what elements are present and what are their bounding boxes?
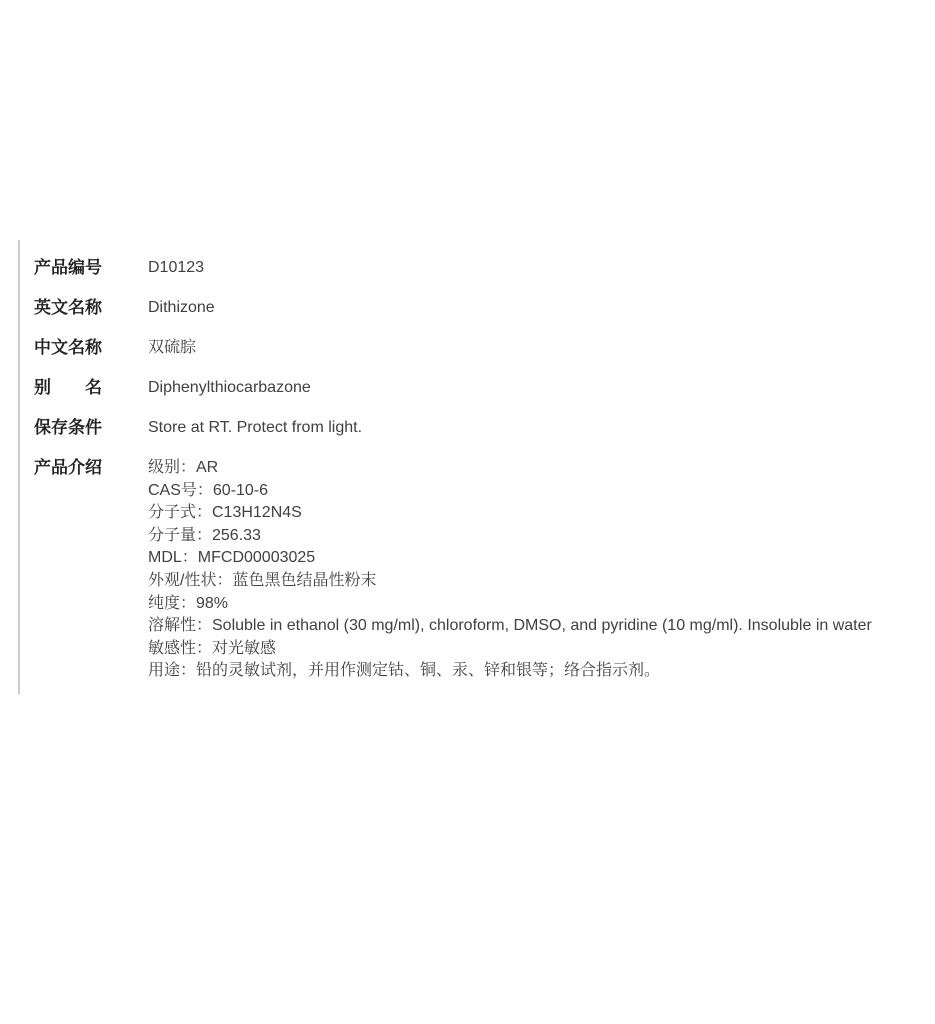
intro-line-appearance: 外观/性状：蓝色黑色结晶性粉末: [148, 570, 935, 593]
row-value-english-name: Dithizone: [148, 297, 935, 319]
row-value-product-code: D10123: [148, 257, 935, 279]
intro-line-molweight: 分子量：256.33: [148, 525, 935, 548]
row-value-storage: Store at RT. Protect from light.: [148, 417, 935, 439]
row-label-chinese-name: 中文名称: [34, 337, 102, 359]
row-value-alias: Diphenylthiocarbazone: [148, 377, 935, 399]
intro-line-solubility: 溶解性：Soluble in ethanol (30 mg/ml), chlor…: [148, 615, 935, 638]
intro-line-purity: 纯度：98%: [148, 593, 935, 616]
row-value-chinese-name: 双硫腙: [148, 337, 935, 359]
intro-line-formula: 分子式：C13H12N4S: [148, 502, 935, 525]
row-label-storage: 保存条件: [34, 417, 102, 439]
intro-lines: 级别：AR CAS号：60-10-6 分子式：C13H12N4S 分子量：256…: [148, 457, 935, 683]
intro-line-usage: 用途：铅的灵敏试剂，并用作测定钴、铜、汞、锌和银等；络合指示剂。: [148, 660, 935, 683]
row-label-intro: 产品介绍: [34, 457, 102, 479]
product-row-chinese-name: 中文名称 双硫腙: [34, 337, 935, 359]
intro-line-mdl: MDL：MFCD00003025: [148, 547, 935, 570]
product-row-code: 产品编号 D10123: [34, 257, 935, 279]
row-label-alias: 别 名: [34, 377, 102, 399]
intro-line-grade: 级别：AR: [148, 457, 935, 480]
row-label-english-name: 英文名称: [34, 297, 102, 319]
product-row-storage: 保存条件 Store at RT. Protect from light.: [34, 417, 935, 439]
intro-line-sensitivity: 敏感性：对光敏感: [148, 638, 935, 661]
product-row-alias: 别 名 Diphenylthiocarbazone: [34, 377, 935, 399]
product-row-english-name: 英文名称 Dithizone: [34, 297, 935, 319]
product-row-intro: 产品介绍 级别：AR CAS号：60-10-6 分子式：C13H12N4S 分子…: [34, 457, 935, 683]
row-label-product-code: 产品编号: [34, 257, 102, 279]
product-detail-section: 产品编号 D10123 英文名称 Dithizone 中文名称 双硫腙 别 名 …: [18, 240, 935, 694]
intro-line-cas: CAS号：60-10-6: [148, 480, 935, 503]
